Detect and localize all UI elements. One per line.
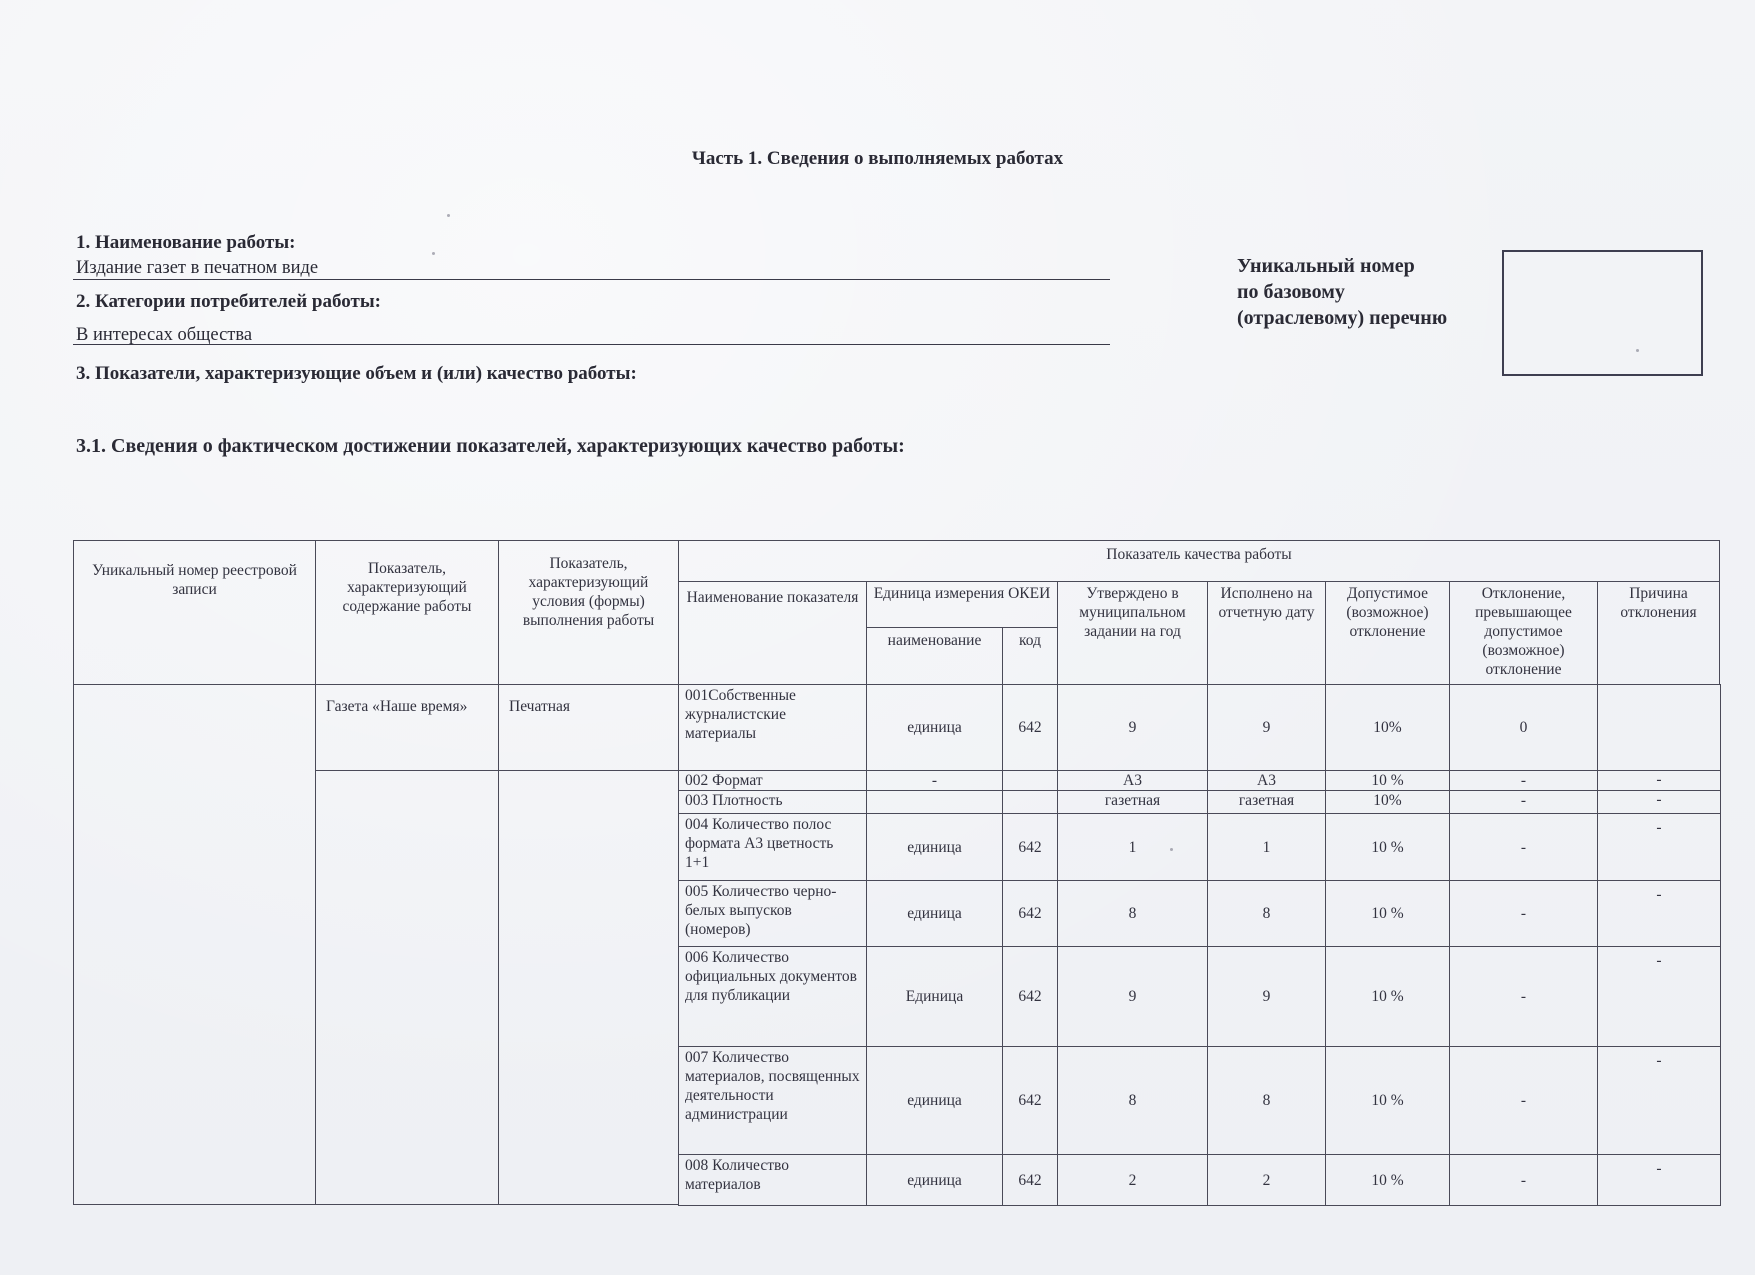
indicator-name-cell: 002 Формат <box>678 770 867 791</box>
unique-number-box <box>1502 250 1703 376</box>
header-quality-group: Показатель качества работы <box>678 540 1720 582</box>
unit-name-cell: - <box>866 770 1003 791</box>
content-indicator-cell: Газета «Наше время» <box>315 684 499 771</box>
allowed-deviation-cell: 10 % <box>1325 813 1450 881</box>
excess-deviation-cell: - <box>1449 880 1598 947</box>
unit-code-cell: 642 <box>1002 684 1058 771</box>
approved-cell: 1 <box>1057 813 1208 881</box>
indicator-name-cell: 003 Плотность <box>678 790 867 814</box>
header-unit-code: код <box>1002 627 1058 685</box>
section-2-value: В интересах общества <box>76 325 252 346</box>
reason-cell: - <box>1597 1154 1721 1206</box>
unit-name-cell: Единица <box>866 946 1003 1047</box>
reason-cell: - <box>1597 1046 1721 1155</box>
unit-name-cell: единица <box>866 1046 1003 1155</box>
section-2-label: 2. Категории потребителей работы: <box>76 291 381 313</box>
unit-code-cell: 642 <box>1002 1046 1058 1155</box>
header-unit-group: Единица измерения ОКЕИ <box>866 581 1058 628</box>
unit-name-cell: единица <box>866 684 1003 771</box>
unique-number-label-line: (отраслевому) перечню <box>1237 305 1447 331</box>
unit-name-cell: единица <box>866 813 1003 881</box>
excess-deviation-cell: 0 <box>1449 684 1598 771</box>
header-allowed-deviation: Допустимое (возможное) отклонение <box>1325 581 1450 685</box>
allowed-deviation-cell: 10 % <box>1325 770 1450 791</box>
page-title: Часть 1. Сведения о выполняемых работах <box>0 148 1755 170</box>
unit-name-cell: единица <box>866 1154 1003 1206</box>
unit-code-cell: 642 <box>1002 1154 1058 1206</box>
section-2-underline <box>73 344 1110 345</box>
executed-cell: 8 <box>1207 880 1326 947</box>
section-3-1-label: 3.1. Сведения о фактическом достижении п… <box>76 435 905 458</box>
unit-code-cell <box>1002 790 1058 814</box>
allowed-deviation-cell: 10 % <box>1325 946 1450 1047</box>
header-indicator-name: Наименование показателя <box>678 581 867 685</box>
content-indicator-cell-2 <box>315 770 499 1205</box>
allowed-deviation-cell: 10% <box>1325 790 1450 814</box>
executed-cell: 9 <box>1207 946 1326 1047</box>
executed-cell: 1 <box>1207 813 1326 881</box>
conditions-indicator-cell: Печатная <box>498 684 679 771</box>
unique-number-label-line: по базовому <box>1237 279 1447 305</box>
executed-cell: газетная <box>1207 790 1326 814</box>
approved-cell: 2 <box>1057 1154 1208 1206</box>
reason-cell: - <box>1597 946 1721 1047</box>
indicator-name-cell: 001Собственные журналистские материалы <box>678 684 867 771</box>
allowed-deviation-cell: 10 % <box>1325 1154 1450 1206</box>
indicator-name-cell: 008 Количество материалов <box>678 1154 867 1206</box>
header-unit-name: наименование <box>866 627 1003 685</box>
executed-cell: 8 <box>1207 1046 1326 1155</box>
approved-cell: 9 <box>1057 684 1208 771</box>
header-conditions-indicator: Показатель, характеризующий условия (фор… <box>498 540 679 685</box>
executed-cell: 9 <box>1207 684 1326 771</box>
approved-cell: 8 <box>1057 1046 1208 1155</box>
executed-cell: А3 <box>1207 770 1326 791</box>
executed-cell: 2 <box>1207 1154 1326 1206</box>
unit-code-cell: 642 <box>1002 946 1058 1047</box>
indicator-name-cell: 006 Количество официальных документов дл… <box>678 946 867 1047</box>
section-3-label: 3. Показатели, характеризующие объем и (… <box>76 363 637 385</box>
header-approved: Утверждено в муниципальном задании на го… <box>1057 581 1208 685</box>
reason-cell: - <box>1597 813 1721 881</box>
approved-cell: 9 <box>1057 946 1208 1047</box>
unit-name-cell: единица <box>866 880 1003 947</box>
reason-cell <box>1597 684 1721 771</box>
section-1-value: Издание газет в печатном виде <box>76 258 318 279</box>
section-1-underline <box>73 279 1110 280</box>
approved-cell: 8 <box>1057 880 1208 947</box>
allowed-deviation-cell: 10% <box>1325 684 1450 771</box>
approved-cell: А3 <box>1057 770 1208 791</box>
approved-cell: газетная <box>1057 790 1208 814</box>
excess-deviation-cell: - <box>1449 946 1598 1047</box>
excess-deviation-cell: - <box>1449 1046 1598 1155</box>
allowed-deviation-cell: 10 % <box>1325 880 1450 947</box>
indicator-name-cell: 007 Количество материалов, посвященных д… <box>678 1046 867 1155</box>
conditions-indicator-cell-2 <box>498 770 679 1205</box>
unit-code-cell: 642 <box>1002 813 1058 881</box>
header-reason: Причина отклонения <box>1597 581 1720 685</box>
indicator-name-cell: 004 Количество полос формата А3 цветност… <box>678 813 867 881</box>
section-1-label: 1. Наименование работы: <box>76 232 295 254</box>
unit-code-cell <box>1002 770 1058 791</box>
excess-deviation-cell: - <box>1449 790 1598 814</box>
excess-deviation-cell: - <box>1449 1154 1598 1206</box>
header-executed: Исполнено на отчетную дату <box>1207 581 1326 685</box>
unique-number-label: Уникальный номер по базовому (отраслевом… <box>1237 253 1447 331</box>
excess-deviation-cell: - <box>1449 770 1598 791</box>
header-registry-number: Уникальный номер реестровой записи <box>73 540 316 685</box>
indicator-name-cell: 005 Количество черно-белых выпусков (ном… <box>678 880 867 947</box>
header-excess-deviation: Отклонение, превышающее допустимое (возм… <box>1449 581 1598 685</box>
reason-cell: - <box>1597 880 1721 947</box>
reason-cell: - <box>1597 790 1721 814</box>
excess-deviation-cell: - <box>1449 813 1598 881</box>
header-content-indicator: Показатель, характеризующий содержание р… <box>315 540 499 685</box>
reason-cell: - <box>1597 770 1721 791</box>
unit-name-cell <box>866 790 1003 814</box>
registry-number-cell <box>73 684 316 1205</box>
unit-code-cell: 642 <box>1002 880 1058 947</box>
unique-number-label-line: Уникальный номер <box>1237 253 1447 279</box>
allowed-deviation-cell: 10 % <box>1325 1046 1450 1155</box>
